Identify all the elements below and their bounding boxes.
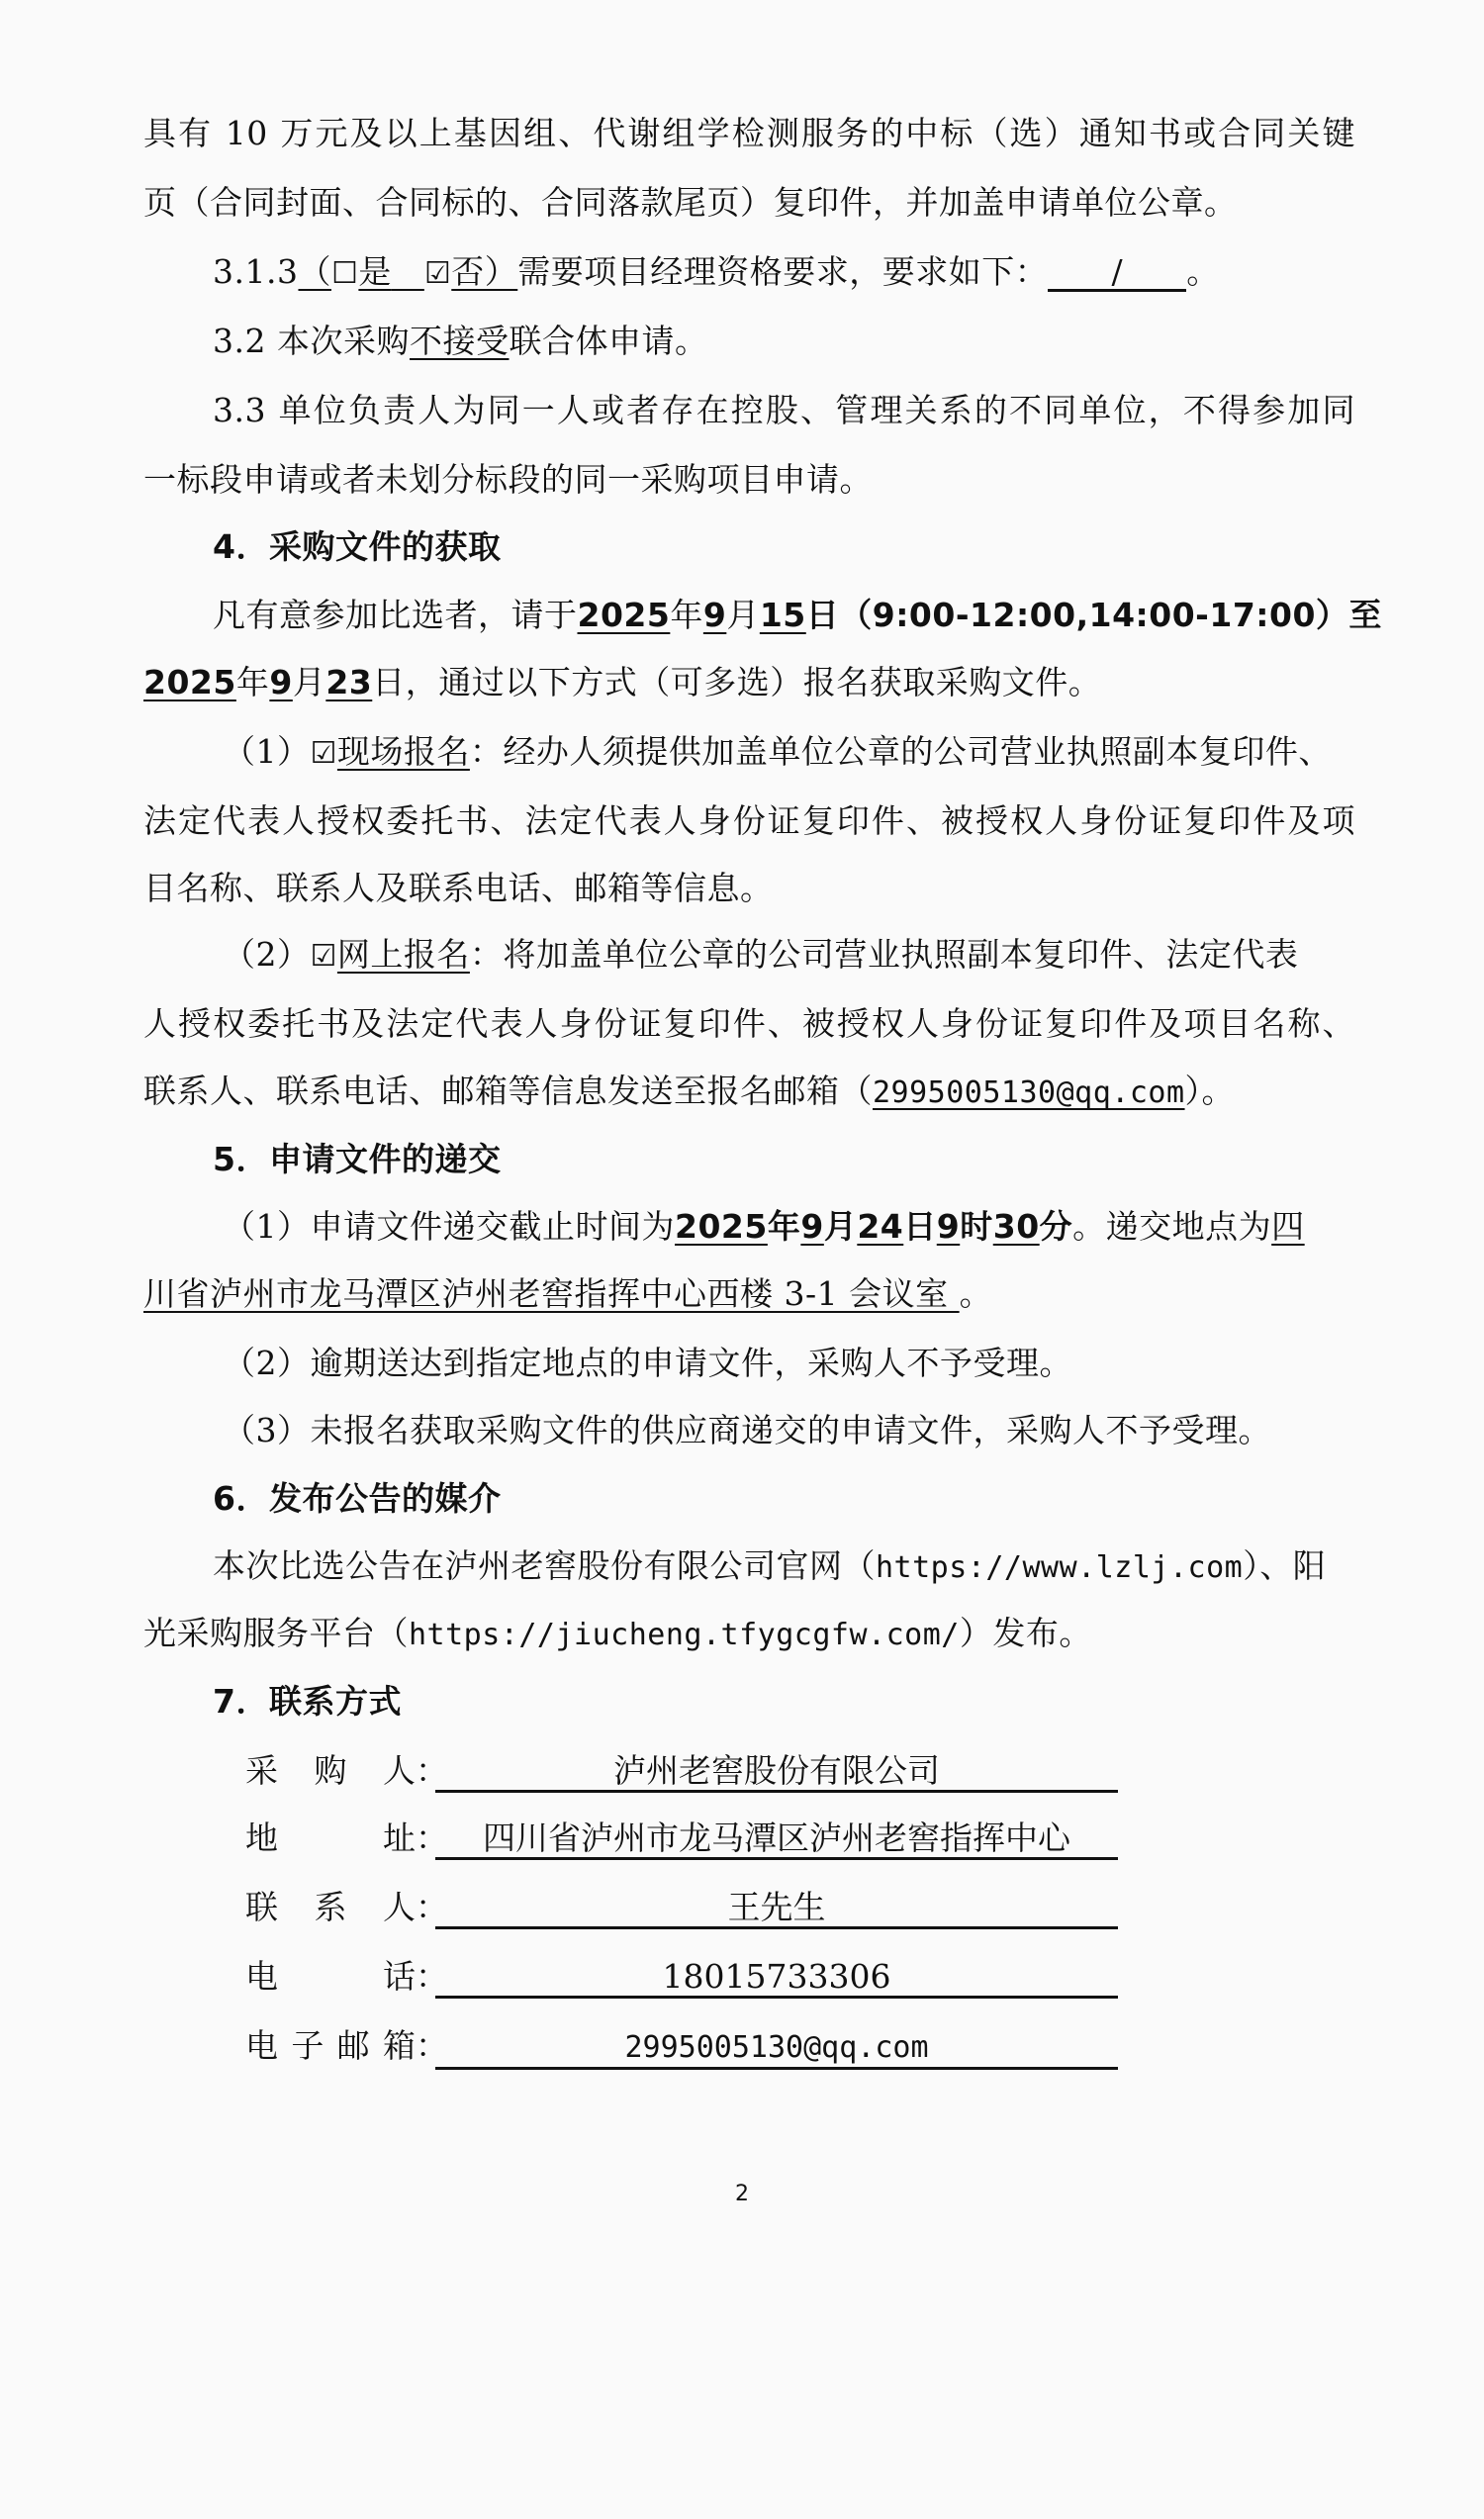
submission-deadline-line1: （1）申请文件递交截止时间为2025年9月24日9时30分。递交地点为四 [223, 1205, 1435, 1249]
document-page: 具有 10 万元及以上基因组、代谢组学检测服务的中标（选）通知书或合同关键 页（… [0, 0, 1484, 2519]
colon: ： [470, 732, 504, 771]
text: ）、阳 [1243, 1546, 1326, 1585]
text: 。 [960, 1274, 993, 1313]
text: 时 [960, 1207, 993, 1246]
text: 将加盖单位公章的公司营业执照副本复印件、法定代表 [503, 935, 1298, 974]
section-5-heading: 5．申请文件的递交 [213, 1138, 1425, 1181]
unchecked-box-icon: ☐ [331, 252, 358, 296]
requirement-text: 需要项目经理资格要求，要求如下： [517, 252, 1048, 291]
end-day: 23 [325, 663, 372, 701]
checked-box-icon: ☑ [311, 732, 337, 776]
checked-box-icon: ☑ [424, 252, 451, 296]
start-year: 2025 [578, 596, 671, 634]
text: 年 [236, 663, 270, 701]
contact-row-address: 地址：四川省泸州市龙马潭区泸州老窖指挥中心 [245, 1817, 1118, 1860]
submission-location: 川省泸州市龙马潭区泸州老窖指挥中心西楼 3-1 会议室 [143, 1274, 960, 1313]
contact-value: 四川省泸州市龙马潭区泸州老窖指挥中心 [435, 1819, 1118, 1860]
paren: （ [298, 252, 331, 291]
media-line1: 本次比选公告在泸州老窖股份有限公司官网（https://www.lzlj.com… [213, 1544, 1355, 1590]
contact-label: 电话 [245, 1955, 416, 1999]
section-4-heading: 4．采购文件的获取 [213, 525, 1425, 569]
yes-no-options: （☐是 ☑否） [298, 252, 517, 291]
text: 光采购服务平台（ [143, 1614, 409, 1652]
deadline-hour: 9 [937, 1207, 960, 1246]
start-month: 9 [703, 596, 726, 634]
text: 分 [1040, 1207, 1073, 1246]
submission-location: 四 [1271, 1207, 1305, 1246]
text: 月 [293, 663, 326, 701]
option-no-label: 否） [451, 252, 517, 291]
text: 年 [670, 596, 703, 634]
online-option: ☑网上报名 [311, 935, 470, 974]
onsite-option: ☑现场报名 [311, 732, 470, 771]
text: （1）申请文件递交截止时间为 [223, 1207, 675, 1246]
end-month: 9 [269, 663, 292, 701]
page-number: 2 [0, 2182, 1484, 2206]
contact-value: 18015733306 [435, 1958, 1118, 1999]
contact-value: 泸州老窖股份有限公司 [435, 1752, 1118, 1793]
item-text: 3.2 本次采购 [213, 322, 410, 360]
text: 联系人、联系电话、邮箱等信息发送至报名邮箱（ [143, 1072, 873, 1110]
online-registration-line1: （2）☑网上报名：将加盖单位公章的公司营业执照副本复印件、法定代表 [223, 933, 1435, 979]
option-yes-label: 是 [358, 252, 392, 291]
section-4-intro-line1: 凡有意参加比选者，请于2025年9月15日（9:00-12:00,14:00-1… [213, 594, 1355, 637]
requirement-blank: / [1048, 255, 1186, 292]
online-registration-line3: 联系人、联系电话、邮箱等信息发送至报名邮箱（2995005130@qq.com）… [143, 1070, 1355, 1115]
procurement-platform-url[interactable]: https://jiucheng.tfygcgfw.com/ [409, 1618, 960, 1652]
period: 。 [1186, 252, 1220, 291]
official-site-url[interactable]: https://www.lzlj.com [876, 1550, 1243, 1585]
text: 日，通过以下方式（可多选）报名获取采购文件。 [372, 663, 1101, 701]
contact-label: 采购人 [245, 1749, 416, 1793]
underlined-term: 不接受 [410, 322, 510, 360]
contact-row-purchaser: 采购人：泸州老窖股份有限公司 [245, 1749, 1118, 1793]
media-line2: 光采购服务平台（https://jiucheng.tfygcgfw.com/）发… [143, 1612, 1355, 1657]
contact-row-person: 联系人：王先生 [245, 1886, 1118, 1929]
item-number: 3.1.3 [213, 252, 298, 291]
section-6-heading: 6．发布公告的媒介 [213, 1477, 1425, 1521]
deadline-month: 9 [800, 1207, 823, 1246]
submission-deadline-line2: 川省泸州市龙马潭区泸州老窖指挥中心西楼 3-1 会议室 。 [143, 1272, 1355, 1316]
colon: ： [470, 935, 504, 974]
time-range: 日（9:00-12:00,14:00-17:00）至 [806, 596, 1382, 634]
contact-email-link[interactable]: 2995005130@qq.com [435, 2029, 1118, 2070]
registration-email-link[interactable]: 2995005130@qq.com [873, 1075, 1185, 1110]
deadline-minute: 30 [993, 1207, 1040, 1246]
unregistered-submission-rule: （3）未报名获取采购文件的供应商递交的申请文件，采购人不予受理。 [223, 1409, 1435, 1452]
text: 年 [768, 1207, 801, 1246]
contact-label: 电子邮箱 [245, 2024, 416, 2068]
item-3-3-line1: 3.3 单位负责人为同一人或者存在控股、管理关系的不同单位，不得参加同 [213, 389, 1355, 432]
onsite-registration-line3: 目名称、联系人及联系电话、邮箱等信息。 [143, 867, 1355, 910]
section-4-intro-line2: 2025年9月23日，通过以下方式（可多选）报名获取采购文件。 [143, 661, 1355, 704]
late-submission-rule: （2）逾期送达到指定地点的申请文件，采购人不予受理。 [223, 1342, 1435, 1385]
text: 凡有意参加比选者，请于 [213, 596, 578, 634]
contact-row-email: 电子邮箱：2995005130@qq.com [245, 2024, 1118, 2070]
text: ）。 [1185, 1072, 1236, 1110]
item-3-3-line2: 一标段申请或者未划分标段的同一采购项目申请。 [143, 458, 1355, 502]
option-label: 现场报名 [337, 732, 470, 771]
item-number: （1） [223, 732, 311, 771]
contact-row-phone: 电话：18015733306 [245, 1955, 1118, 1999]
online-registration-line2: 人授权委托书及法定代表人身份证复印件、被授权人身份证复印件及项目名称、 [143, 1002, 1355, 1046]
deadline-year: 2025 [675, 1207, 768, 1246]
text: 。递交地点为 [1072, 1207, 1271, 1246]
colon: ： [416, 1886, 435, 1929]
start-day: 15 [760, 596, 806, 634]
onsite-registration-line2: 法定代表人授权委托书、法定代表人身份证复印件、被授权人身份证复印件及项 [143, 799, 1355, 843]
item-3-2: 3.2 本次采购不接受联合体申请。 [213, 320, 1355, 363]
deadline-day: 24 [857, 1207, 903, 1246]
onsite-registration-line1: （1）☑现场报名：经办人须提供加盖单位公章的公司营业执照副本复印件、 [223, 730, 1435, 776]
checked-box-icon: ☑ [311, 935, 337, 979]
contact-label: 地址 [245, 1817, 416, 1860]
colon: ： [416, 1955, 435, 1999]
contact-value: 王先生 [435, 1889, 1118, 1929]
item-number: （2） [223, 935, 311, 974]
section-7-heading: 7．联系方式 [213, 1680, 1425, 1724]
colon: ： [416, 1817, 435, 1860]
paragraph-line: 具有 10 万元及以上基因组、代谢组学检测服务的中标（选）通知书或合同关键 [143, 112, 1355, 155]
text: 月 [726, 596, 760, 634]
item-text: 联合体申请。 [509, 322, 707, 360]
colon: ： [416, 2024, 435, 2068]
colon: ： [416, 1749, 435, 1793]
end-year: 2025 [143, 663, 236, 701]
text: ）发布。 [960, 1614, 1092, 1652]
text: 日 [903, 1207, 937, 1246]
item-3-1-3: 3.1.3（☐是 ☑否）需要项目经理资格要求，要求如下：/。 [213, 250, 1355, 296]
contact-label: 联系人 [245, 1886, 416, 1929]
option-label: 网上报名 [337, 935, 470, 974]
text: 本次比选公告在泸州老窖股份有限公司官网（ [213, 1546, 876, 1585]
paragraph-line: 页（合同封面、合同标的、合同落款尾页）复印件，并加盖申请单位公章。 [143, 181, 1355, 225]
text: 经办人须提供加盖单位公章的公司营业执照副本复印件、 [503, 732, 1332, 771]
text: 月 [824, 1207, 858, 1246]
